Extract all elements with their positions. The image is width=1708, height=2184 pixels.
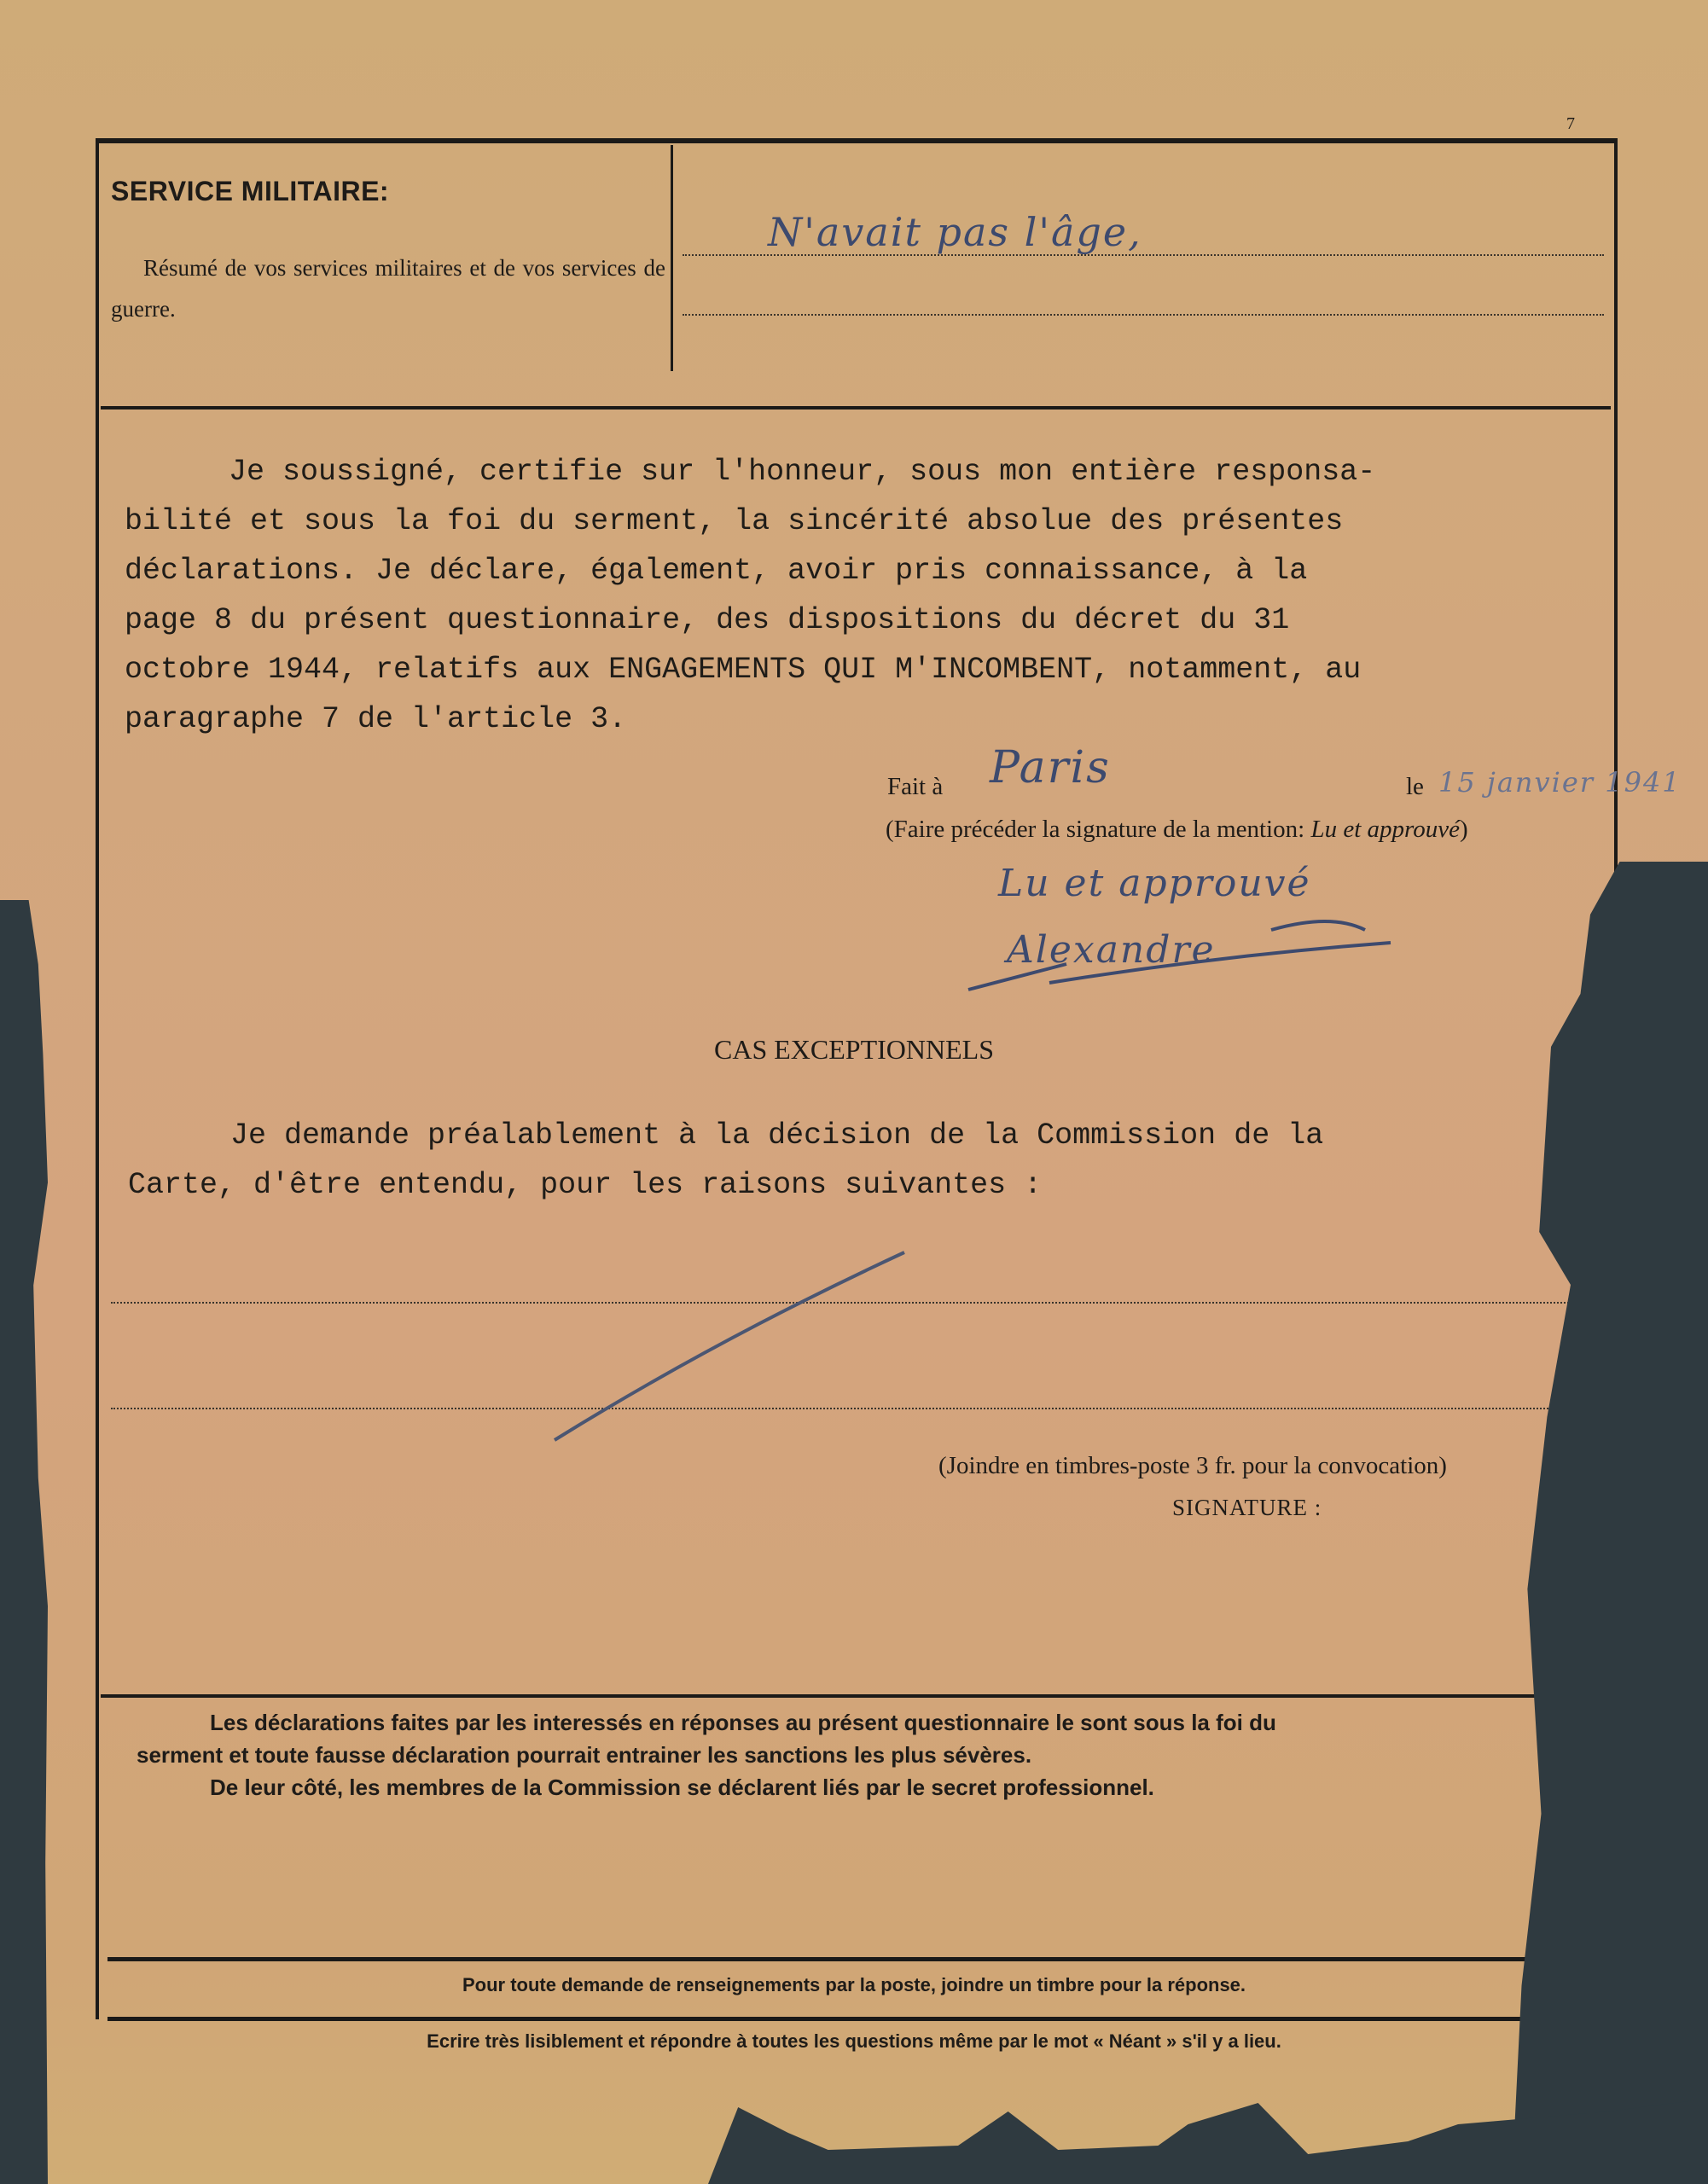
signature-label: SIGNATURE : (1172, 1495, 1322, 1521)
service-militaire-description: Résumé de vos services militaires et de … (111, 247, 665, 329)
cas-line-1: Je demande préalablement à la décision d… (230, 1111, 1323, 1160)
notice-line-1: Les déclarations faites par les interess… (210, 1710, 1276, 1736)
postal-note: Pour toute demande de renseignements par… (0, 1974, 1708, 1996)
fait-a-value[interactable]: Paris (990, 742, 1111, 793)
date-label: le (1406, 773, 1424, 801)
footer-rule-1 (107, 1957, 1592, 1961)
service-militaire-answer[interactable]: N'avait pas l'âge, (768, 209, 1142, 255)
instructions-note: Ecrire très lisiblement et répondre à to… (0, 2030, 1708, 2053)
attestation-line-1: Je soussigné, certifie sur l'honneur, so… (229, 447, 1375, 497)
attestation-line-6: paragraphe 7 de l'article 3. (125, 694, 626, 744)
handwritten-mention[interactable]: Lu et approuvé (998, 862, 1311, 905)
notice-rule (101, 1694, 1611, 1698)
attestation-line-5: octobre 1944, relatifs aux ENGAGEMENTS Q… (125, 645, 1361, 694)
torn-edge-left (0, 900, 48, 2184)
attestation-line-2: bilité et sous la foi du serment, la sin… (125, 497, 1343, 546)
column-divider (671, 145, 673, 371)
footer-rule-2 (107, 2017, 1592, 2021)
section-rule (101, 406, 1611, 409)
answer-line-1 (683, 254, 1604, 256)
mention-instruction: (Faire précéder la signature de la menti… (886, 816, 1468, 844)
page-number-mark: 7 (1566, 114, 1575, 134)
notice-line-3: De leur côté, les membres de la Commissi… (210, 1774, 1154, 1801)
cross-out-stroke (546, 1246, 913, 1450)
date-value[interactable]: 15 janvier 1941 (1438, 766, 1682, 799)
top-rule (96, 138, 1614, 143)
notice-line-2: serment et toute fausse déclaration pour… (137, 1742, 1031, 1769)
attestation-line-4: page 8 du présent questionnaire, des dis… (125, 595, 1289, 645)
answer-line-2 (683, 314, 1604, 316)
stamps-note: (Joindre en timbres-poste 3 fr. pour la … (938, 1452, 1447, 1480)
mention-suffix: ) (1460, 816, 1468, 843)
cas-exceptionnels-heading: CAS EXCEPTIONNELS (0, 1034, 1708, 1066)
mention-italic: Lu et approuvé (1310, 816, 1460, 843)
attestation-line-3: déclarations. Je déclare, également, avo… (125, 546, 1307, 595)
section-title-service-militaire: SERVICE MILITAIRE: (111, 176, 389, 207)
mention-prefix: (Faire précéder la signature de la menti… (886, 816, 1310, 843)
cas-line-2: Carte, d'être entendu, pour les raisons … (128, 1160, 1042, 1210)
signature-flourish (964, 904, 1408, 998)
form-frame (96, 138, 1618, 2019)
fait-a-label: Fait à (887, 773, 943, 801)
